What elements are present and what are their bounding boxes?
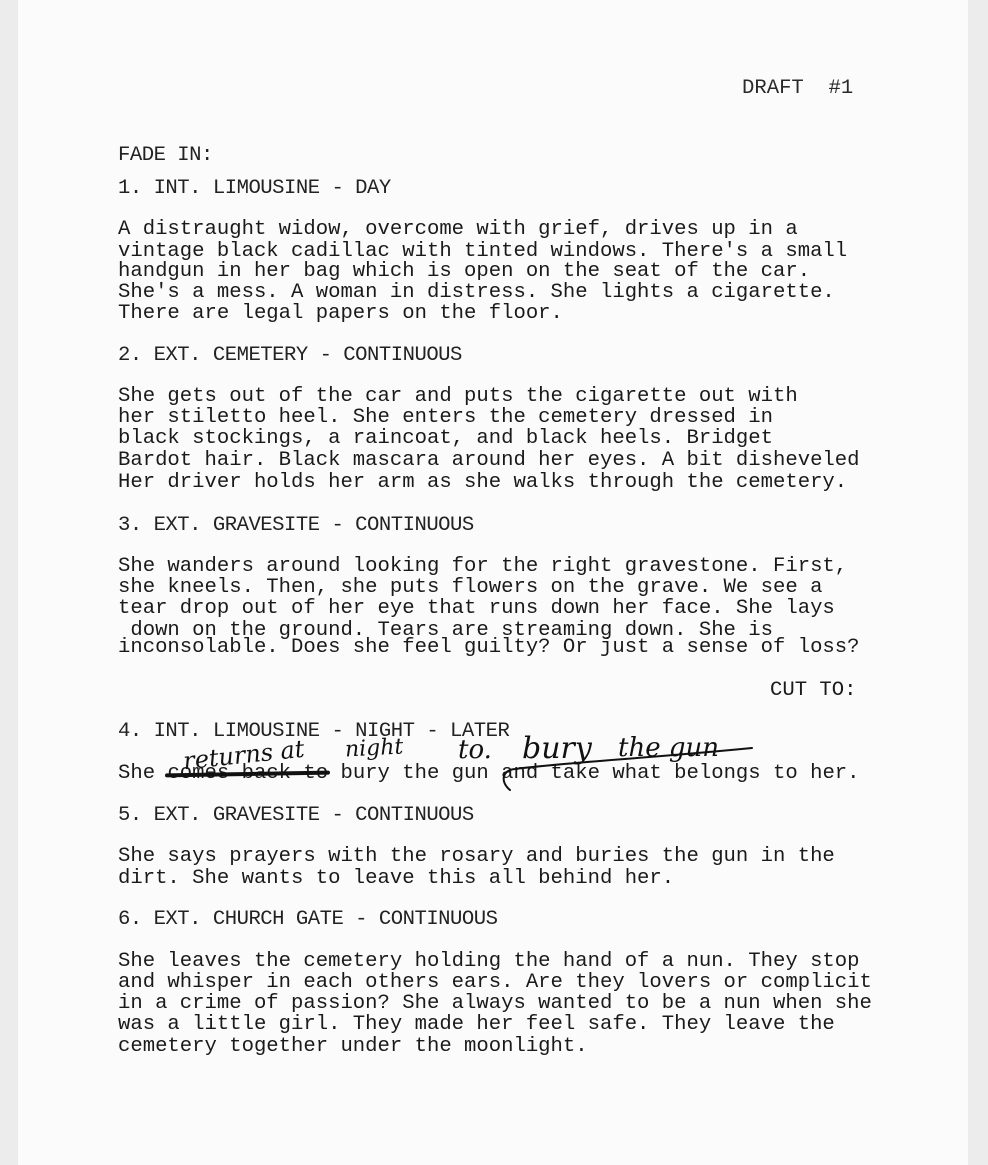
handwritten-bury: bury [522, 731, 592, 766]
scene-3-line: inconsolable. Does she feel guilty? Or j… [118, 637, 860, 658]
draft-label: DRAFT #1 [742, 78, 853, 99]
scene-2-line: She gets out of the car and puts the cig… [118, 386, 798, 407]
scene-6-line: cemetery together under the moonlight. [118, 1036, 588, 1057]
transition-cut-to: CUT TO: [770, 680, 857, 701]
scene-5-line: dirt. She wants to leave this all behind… [118, 868, 674, 889]
scene-2-line: black stockings, a raincoat, and black h… [118, 428, 773, 449]
scene-3-line: tear drop out of her eye that runs down … [118, 598, 835, 619]
scene-6-line: was a little girl. They made her feel sa… [118, 1014, 835, 1035]
scene-3-line: she kneels. Then, she puts flowers on th… [118, 577, 822, 598]
scene-1-line: She's a mess. A woman in distress. She l… [118, 282, 835, 303]
scene-6-line: She leaves the cemetery holding the hand… [118, 951, 860, 972]
handwritten-to: to. [458, 735, 492, 765]
scene-heading-5: 5. EXT. GRAVESITE - CONTINUOUS [118, 805, 474, 826]
line-prefix: She [118, 762, 167, 785]
scene-5-line: She says prayers with the rosary and bur… [118, 846, 835, 867]
scene-heading-1: 1. INT. LIMOUSINE - DAY [118, 178, 391, 199]
scene-6-line: and whisper in each others ears. Are the… [118, 972, 872, 993]
handwritten-night: night [344, 734, 404, 762]
scene-1-line: vintage black cadillac with tinted windo… [118, 241, 847, 262]
scene-heading-3: 3. EXT. GRAVESITE - CONTINUOUS [118, 515, 474, 536]
scene-1-line: A distraught widow, overcome with grief,… [118, 219, 798, 240]
line-suffix: bury the gun and take what belongs to he… [328, 762, 859, 785]
fade-in: FADE IN: [118, 145, 213, 166]
scene-6-line: in a crime of passion? She always wanted… [118, 993, 872, 1014]
handwritten-the-gun: the gun [618, 733, 719, 763]
scene-2-line: Bardot hair. Black mascara around her ey… [118, 450, 860, 471]
scene-2-line: her stiletto heel. She enters the cemete… [118, 407, 773, 428]
scene-1-line: handgun in her bag which is open on the … [118, 261, 810, 282]
scene-1-line: There are legal papers on the floor. [118, 303, 563, 324]
scene-heading-2: 2. EXT. CEMETERY - CONTINUOUS [118, 345, 462, 366]
scene-3-line: She wanders around looking for the right… [118, 556, 847, 577]
scene-2-line: Her driver holds her arm as she walks th… [118, 472, 847, 493]
scene-heading-6: 6. EXT. CHURCH GATE - CONTINUOUS [118, 909, 497, 930]
scene-heading-4: 4. INT. LIMOUSINE - NIGHT - LATER [118, 721, 509, 742]
